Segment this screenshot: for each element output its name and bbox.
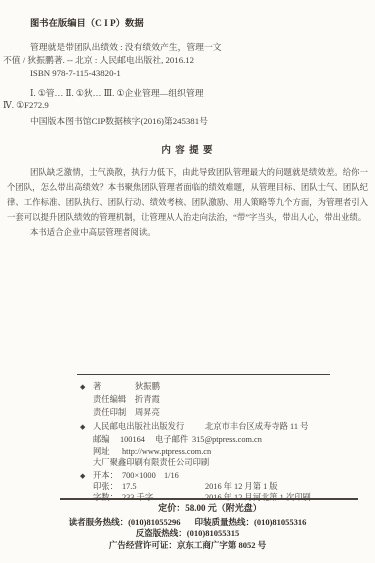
format-label: 开本： — [93, 470, 118, 481]
publisher-line: 人民邮电出版社出版发行 — [93, 421, 184, 432]
staff-print-supervisor-label: 责任印制 — [93, 407, 126, 418]
rule-top — [77, 374, 330, 375]
email-label: 电子邮件 — [155, 434, 188, 445]
hotline-quality: 印装质量热线：(010)81055316 — [195, 517, 307, 527]
diamond-icon: ◆ — [80, 471, 85, 482]
cip-heading: 图书在版编目（C I P）数据 — [30, 19, 144, 30]
hotline-piracy: 反盗版热线：(010)81055315 — [0, 528, 375, 539]
book-copyright-page: 图书在版编目（C I P）数据 管理就是带团队出绩效 : 没有绩效产生，管理一文… — [0, 0, 375, 563]
cip-class-line1: Ⅰ. ①管… Ⅱ. ①狄… Ⅲ. ①企业管理—组织管理 — [30, 88, 204, 99]
diamond-icon: ◆ — [80, 422, 85, 433]
postcode-label: 邮编 — [93, 434, 110, 445]
staff-print-supervisor-name: 周昇亮 — [135, 407, 160, 418]
diamond-icon: ◆ — [80, 382, 85, 393]
staff-author-name: 狄振鹏 — [135, 381, 160, 392]
postcode-value: 100164 — [120, 434, 145, 445]
cip-registry: 中国版本图书馆CIP数据核字(2016)第245381号 — [30, 116, 208, 127]
license-line: 广告经营许可证：京东工商广字第 8052 号 — [0, 540, 375, 551]
price-line: 定价：58.00 元（附光盘） — [45, 503, 375, 514]
cip-class-line2: Ⅳ. ①F272.9 — [3, 100, 49, 111]
cip-isbn: ISBN 978-7-115-43820-1 — [30, 68, 121, 79]
website-value: http://www.ptpress.com.cn — [122, 446, 211, 457]
staff-editor-label: 责任编辑 — [93, 394, 126, 405]
format-value: 700×1000 1/16 — [122, 470, 179, 481]
sheets-value: 17.5 — [122, 481, 137, 492]
cip-record-line1: 管理就是带团队出绩效 : 没有绩效产生，管理一文 — [30, 42, 222, 53]
summary-body: 团队缺乏激情，士气涣散，执行力低下，由此导致团队管理最大的问题就是绩效差。给你一… — [7, 165, 368, 225]
staff-author-label: 著 — [93, 381, 101, 392]
sheets-label: 印张： — [93, 481, 118, 492]
summary-heading: 内 容 提 要 — [0, 146, 375, 157]
publisher-address: 北京市丰台区成寿寺路 11 号 — [205, 421, 308, 432]
printer-line: 大厂聚鑫印刷有限责任公司印刷 — [93, 457, 209, 468]
summary-paragraphs: 团队缺乏激情，士气涣散，执行力低下，由此导致团队管理最大的问题就是绩效差。给你一… — [7, 165, 368, 240]
cip-record-line2: 不值 / 狄振鹏著. -- 北京 : 人民邮电出版社, 2016.12 — [3, 55, 194, 66]
hotline-row: 读者服务热线：(010)81055296印装质量热线：(010)81055316 — [0, 517, 375, 528]
email-value: 315@ptpress.com.cn — [192, 434, 262, 445]
hotline-reader: 读者服务热线：(010)81055296 — [69, 517, 181, 527]
website-label: 网址 — [93, 446, 110, 457]
staff-editor-name: 折青霞 — [135, 394, 160, 405]
rule-bottom — [60, 498, 358, 500]
summary-note: 本书适合企业中高层管理者阅读。 — [7, 225, 368, 240]
edition-line: 2016 年 12 月第 1 版 — [205, 481, 278, 492]
